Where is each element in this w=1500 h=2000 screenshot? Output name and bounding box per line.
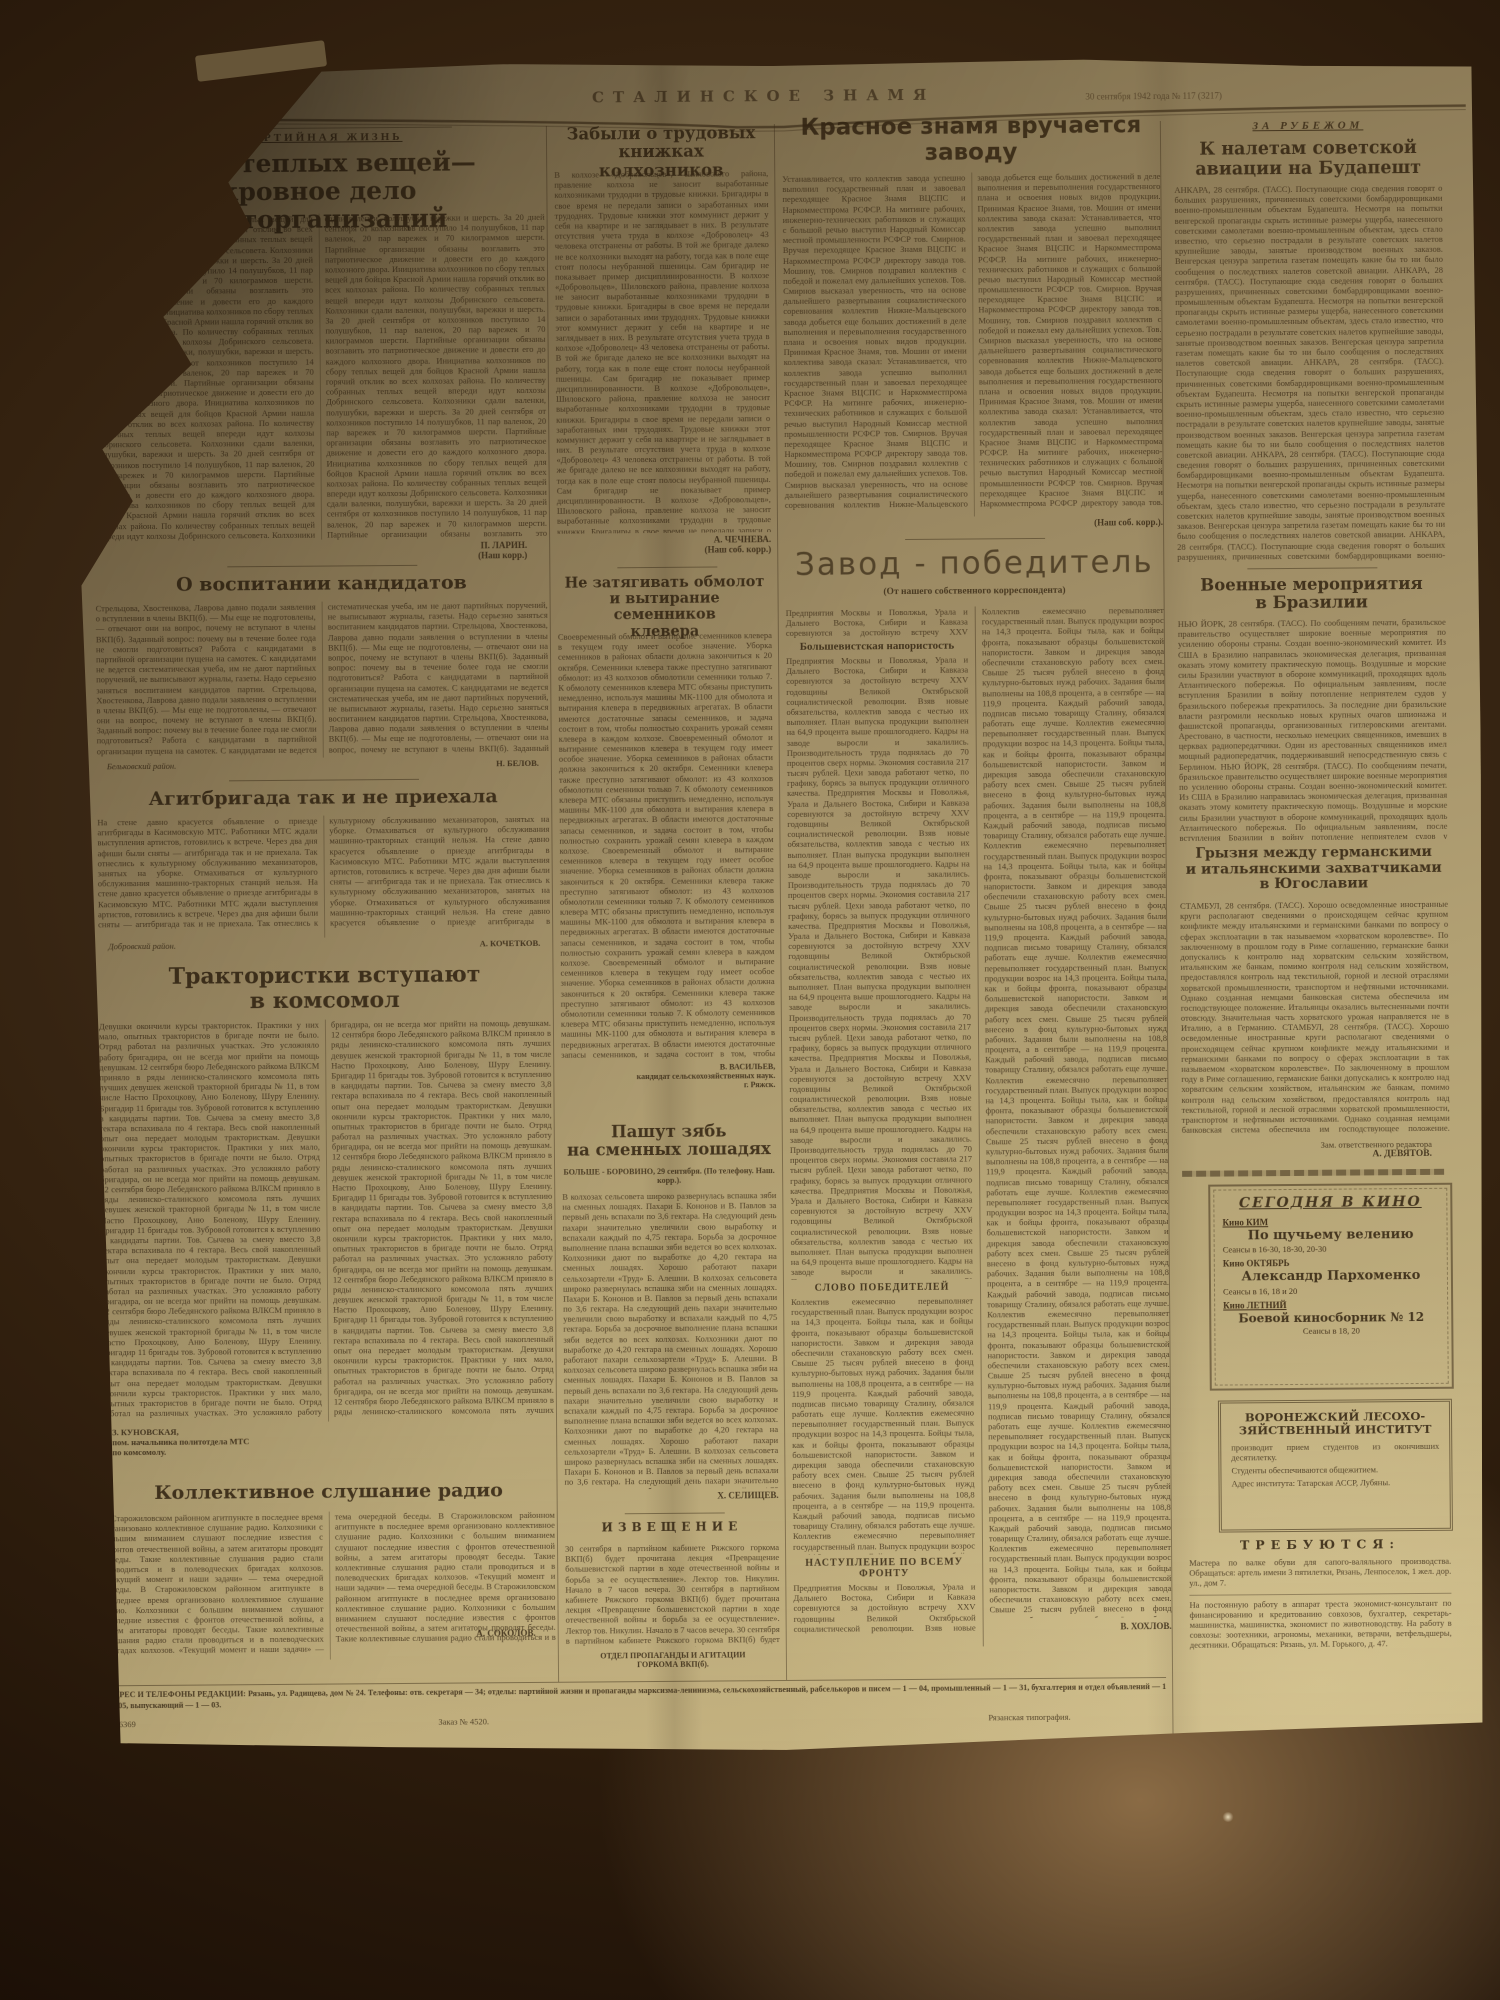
headline-fallow-plowing: Пашут зябь на сменных лошадях (562, 1122, 776, 1161)
article-paragraph: Коллектив ежемесячно перевыполняет госуд… (791, 1296, 975, 1555)
headline-tractor-girls: Трактористки вступают в комсомол (98, 962, 550, 1015)
cinema-film: По щучьему велению (1223, 1228, 1439, 1244)
headline-budapest-raids: К налетам советской авиации на Будапешт (1170, 139, 1446, 180)
headline-candidates: О воспитании кандидатов (95, 572, 547, 597)
newspaper-page: СТАЛИНСКОЕ ЗНАМЯ 30 сентября 1942 года №… (73, 55, 1488, 1758)
headline-radio-listening: Коллективное слушание радио (103, 1480, 555, 1505)
institute-line: Адрес института: Татарская АССР, Лубяны. (1232, 1477, 1440, 1489)
article-budapest-body: АНКАРА, 28 сентября. (ТАСС). Поступающие… (1174, 183, 1445, 563)
article-yugoslavia-body: СТАМБУЛ, 28 сентября. (ТАСС). Хорошо осв… (1180, 899, 1450, 1135)
article-workbooks-signature: А. ЧЕЧНЕВА. (Наш соб. корр.) (597, 534, 771, 555)
headline-yugoslavia-squabble: Грызня между германскими и итальянскими … (1176, 845, 1452, 894)
article-clover-body: Своевременный обмолот и вытирание семенн… (558, 630, 775, 1062)
cinema-box: СЕГОДНЯ В КИНО Кино КИМ По щучьему велен… (1208, 1183, 1454, 1391)
headline-brazil-military: Военные мероприятия в Бразилии (1173, 575, 1449, 614)
cinema-times: Сеансы в 16-30, 18-30, 20-30 (1223, 1243, 1439, 1255)
ornament-rule (1182, 1169, 1444, 1177)
imprint-order: Заказ № 4520. (438, 1716, 489, 1726)
cinema-film: Боевой киносборник № 12 (1223, 1311, 1439, 1326)
winner-plant-subtitle: (От нашего собственного корреспондента) (786, 585, 1164, 598)
headline-winner-plant: Завод - победитель (785, 545, 1163, 583)
section-kicker-party-life: ПАРТИЙНАЯ ЖИЗНЬ (192, 127, 452, 145)
winner-plant-signature: В. ХОХЛОВ. (990, 1621, 1172, 1632)
article-paragraph: Предприятия Москвы и Поволжья, Урала и Д… (793, 1581, 975, 1634)
signature-name: Н. БЕЛОВ. (496, 758, 539, 768)
headline-agitbrigade: Агитбригада так и не приехала (97, 786, 549, 811)
editor-name: А. ДЕВЯТОВ. (1182, 1149, 1432, 1161)
institute-line: Студенты обеспечиваются общежитием. (1231, 1464, 1439, 1476)
subhead-offensive-all-front: Наступление по всему фронту (793, 1556, 975, 1579)
article-clover-signature: В. ВАСИЛЬЕВ, кандидат сельскохозяйственн… (561, 1062, 775, 1091)
article-paragraph: Предприятия Москвы и Поволжья, Урала и Д… (786, 655, 973, 1280)
section-kicker-abroad: ЗА РУБЕЖОМ (1170, 119, 1446, 133)
jobs-title: ТРЕБУЮТСЯ: (1189, 1537, 1451, 1553)
article-red-banner-body: Устанавливается, что коллектив завода ус… (782, 171, 1163, 518)
jobs-section: ТРЕБУЮТСЯ: Мастера по валке обуви для са… (1189, 1537, 1452, 1651)
cinema-times: Сеансы в 18, 20 (1223, 1325, 1439, 1337)
footer-address: АДРЕС И ТЕЛЕФОНЫ РЕДАКЦИИ: Рязань, ул. Р… (108, 1677, 1166, 1712)
article-rule (1247, 567, 1377, 569)
article-paragraph: Предприятия Москвы и Поволжья, Урала и Д… (786, 607, 968, 638)
cinema-film: Александр Пархоменко (1223, 1269, 1439, 1285)
winner-plant-col-left: Предприятия Москвы и Поволжья, Урала и Д… (786, 607, 976, 1635)
article-agitbrigade-signature: Добровский район. А. КОЧЕТКОВ. (108, 938, 540, 951)
article-rule (625, 1512, 725, 1514)
article-warm-clothes-body: Инициатива колхозников по сбору теплых в… (93, 212, 548, 542)
signature-name: А. КОЧЕТКОВ. (480, 938, 541, 948)
article-agitbrigade-body: На стене давно красуется объявление о пр… (97, 814, 550, 940)
cinema-hall: Кино КИМ (1222, 1216, 1438, 1228)
jobs-ad: Мастера по валке обуви для сапого-валяль… (1189, 1556, 1451, 1589)
article-tractor-girls-body: Девушки окончили курсы трактористок. Пра… (99, 1018, 554, 1424)
page-content: СТАЛИНСКОЕ ЗНАМЯ 30 сентября 1942 года №… (73, 55, 1488, 1758)
article-paragraph: Коллектив ежемесячно перевыполняет госуд… (982, 605, 1172, 1618)
article-rule (617, 566, 717, 568)
light-speck (1222, 1812, 1234, 1822)
cinema-hall: Кино ОКТЯБРЬ (1223, 1257, 1439, 1269)
cinema-box-title: СЕГОДНЯ В КИНО (1222, 1195, 1438, 1212)
article-candidates-signature: Бельковский район. Н. БЕЛОВ. (107, 758, 539, 771)
article-radio-body: В Старожиловском районном агитпункте в п… (103, 1510, 556, 1662)
signature-place: Бельковский район. (107, 761, 176, 772)
article-workbooks-body: В колхозе «Добровольцев», Шиловского рай… (554, 168, 771, 534)
headline-red-banner: Красное знамя вручается заводу (782, 113, 1160, 167)
signature-place: Добровский район. (108, 941, 176, 952)
cinema-hall: Кино ЛЕТНИЙ (1223, 1299, 1439, 1311)
cinema-times: Сеансы в 16, 18 и 20 (1223, 1285, 1439, 1297)
institute-title: ВОРОНЕЖСКИЙ ЛЕСОХО- ЗЯЙСТВЕННЫЙ ИНСТИТУТ (1231, 1410, 1439, 1437)
article-fallow-dateline: БОЛЬШЕ - БОРОВИНО, 29 сентября. (По теле… (562, 1166, 776, 1186)
torn-paper-scrap (195, 40, 327, 82)
article-rule (229, 779, 419, 781)
jobs-ad: На постоянную работу в аппарат треста эк… (1189, 1592, 1451, 1650)
winner-plant-col-right: Коллектив ежемесячно перевыполняет госуд… (982, 605, 1172, 1632)
article-radio-signature: А. СОКОЛОВ. (336, 1628, 576, 1640)
notice-body: 30 сентября в партийном кабинете Ряжског… (565, 1542, 780, 1648)
article-fallow-body: В колхозах сельсовета широко развернулас… (562, 1190, 778, 1490)
photo-surface: СТАЛИНСКОЕ ЗНАМЯ 30 сентября 1942 года №… (0, 0, 1500, 2000)
winner-plant-columns: Предприятия Москвы и Поволжья, Урала и Д… (786, 605, 1172, 1652)
institute-line: производит прием студентов из окончивших… (1231, 1441, 1439, 1463)
imprint-mark: П06369 (108, 1719, 135, 1729)
subhead-victors-word: Слово победителей (791, 1282, 973, 1294)
article-rule (905, 538, 1045, 540)
imprint-printer: Рязанская типография. (988, 1712, 1070, 1723)
headline-notice: ИЗВЕЩЕНИЕ (565, 1520, 779, 1535)
editor-signature: Зам. ответственного редактора А. ДЕВЯТОВ… (1182, 1139, 1432, 1161)
article-red-banner-endsig: (Наш соб. корр.). (963, 517, 1171, 529)
institute-box: ВОРОНЕЖСКИЙ ЛЕСОХО- ЗЯЙСТВЕННЫЙ ИНСТИТУТ… (1218, 1399, 1453, 1533)
article-fallow-signature: Х. СЕЛИЩЕВ. (565, 1490, 779, 1502)
footer-imprint: П06369 Заказ № 4520. Рязанская типографи… (108, 1711, 1166, 1719)
subhead-bolshevik-drive: Большевистская напористость (786, 640, 968, 653)
article-tractor-girls-signature: З. КУНОВСКАЯ, пом. начальника политотдел… (112, 1425, 352, 1457)
article-warm-clothes-signature: П. ЛАРИН. (Наш корр.) (327, 540, 553, 562)
article-candidates-body: Стрельцова, Хвостенкова, Лаврова давно п… (96, 600, 549, 760)
notice-signature: ОТДЕЛ ПРОПАГАНДЫ И АГИТАЦИИ ГОРКОМА ВКП(… (566, 1650, 780, 1670)
article-brazil-body: НЬЮ ЙОРК, 28 сентября. (ТАСС). По сообще… (1178, 617, 1448, 841)
article-rule (227, 565, 417, 567)
